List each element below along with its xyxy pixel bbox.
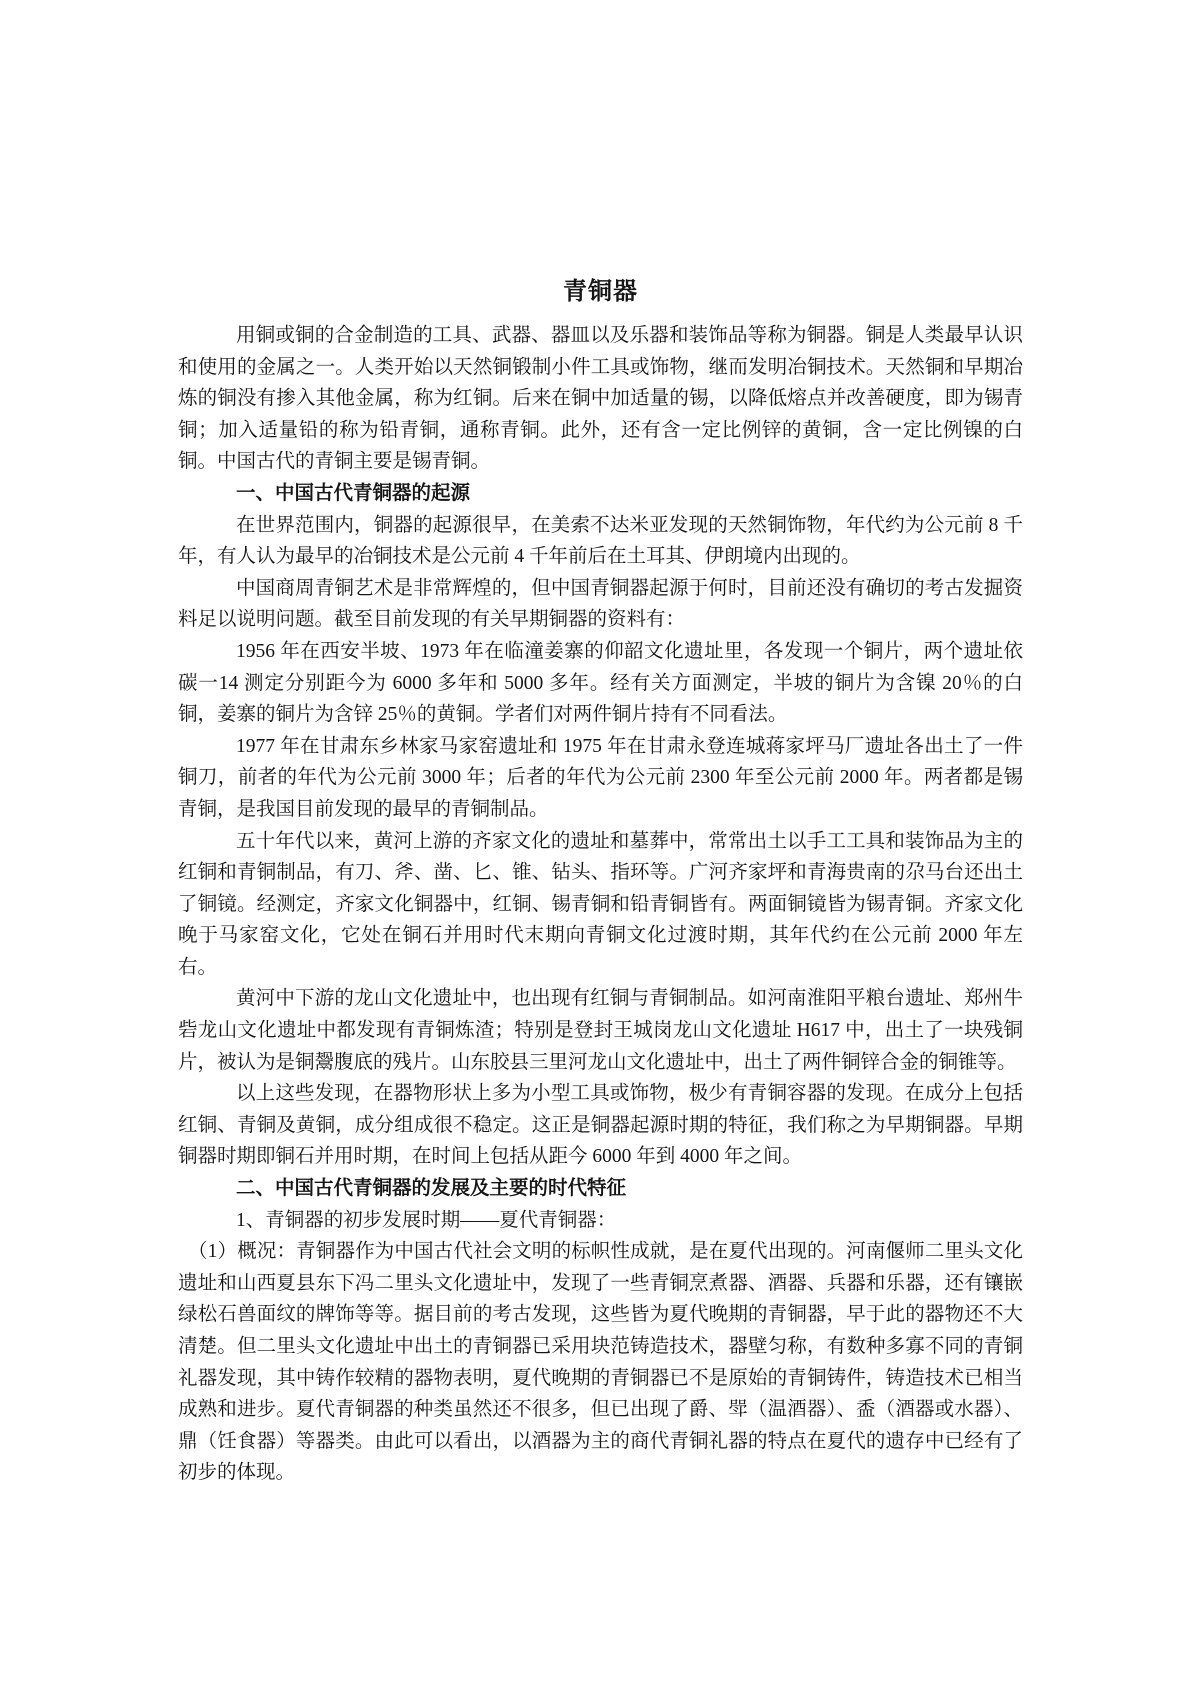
- heading-section-2-development: 二、中国古代青铜器的发展及主要的时代特征: [178, 1173, 1023, 1205]
- paragraph-longshan-culture: 黄河中下游的龙山文化遗址中，也出现有红铜与青铜制品。如河南淮阳平粮台遗址、郑州牛…: [178, 983, 1023, 1078]
- paragraph-xia-period-title: 1、青铜器的初步发展时期——夏代青铜器：: [178, 1205, 1023, 1237]
- paragraph-banpo-jiangzhai: 1956 年在西安半坡、1973 年在临潼姜寨的仰韶文化遗址里，各发现一个铜片，…: [178, 636, 1023, 731]
- paragraph-xia-overview: （1）概况：青铜器作为中国古代社会文明的标帜性成就，是在夏代出现的。河南偃师二里…: [178, 1236, 1023, 1489]
- paragraph-china-origin: 中国商周青铜艺术是非常辉煌的，但中国青铜器起源于何时，目前还没有确切的考古发掘资…: [178, 573, 1023, 636]
- paragraph-majiayao-machang: 1977 年在甘肃东乡林家马家窑遗址和 1975 年在甘肃永登连城蒋家坪马厂遗址…: [178, 731, 1023, 826]
- paragraph-world-origin: 在世界范围内，铜器的起源很早，在美索不达米亚发现的天然铜饰物，年代约为公元前 8…: [178, 510, 1023, 573]
- document-content: 青铜器 用铜或铜的合金制造的工具、武器、器皿以及乐器和装饰品等称为铜器。铜是人类…: [178, 266, 1023, 1489]
- doc-title: 青铜器: [178, 266, 1023, 306]
- paragraph-early-bronze-summary: 以上这些发现，在器物形状上多为小型工具或饰物，极少有青铜容器的发现。在成分上包括…: [178, 1078, 1023, 1173]
- paragraph-intro: 用铜或铜的合金制造的工具、武器、器皿以及乐器和装饰品等称为铜器。铜是人类最早认识…: [178, 320, 1023, 478]
- paragraph-qijia-culture: 五十年代以来，黄河上游的齐家文化的遗址和墓葬中，常常出土以手工工具和装饰品为主的…: [178, 826, 1023, 984]
- document-page: 青铜器 用铜或铜的合金制造的工具、武器、器皿以及乐器和装饰品等称为铜器。铜是人类…: [0, 0, 1190, 1683]
- heading-section-1-origin: 一、中国古代青铜器的起源: [178, 478, 1023, 510]
